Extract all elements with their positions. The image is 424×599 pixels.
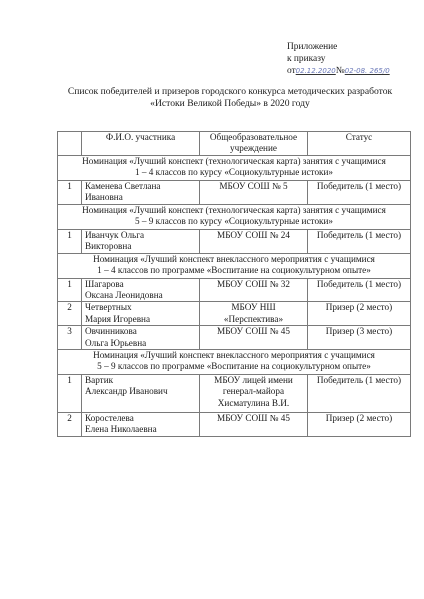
org-line: МБОУ СОШ № 32 <box>200 279 307 290</box>
org: МБОУ СОШ № 45 <box>200 413 308 437</box>
org-line: Хисматулина В.И. <box>200 398 307 409</box>
status: Призер (2 место) <box>308 302 411 326</box>
appendix-block: Приложение к приказу от02.12.2020№02-08.… <box>287 41 390 77</box>
org: МБОУ лицей именигенерал-майораХисматулин… <box>200 375 308 413</box>
nomination-row: Номинация «Лучший конспект внеклассного … <box>58 350 411 375</box>
participant-name: Иванчук ОльгаВикторовна <box>82 229 200 253</box>
nomination-line: Номинация «Лучший конспект внеклассного … <box>58 254 410 265</box>
participant-name: КоростелеваЕлена Николаевна <box>82 413 200 437</box>
row-num: 2 <box>58 302 82 326</box>
order-date-prefix: от <box>287 66 296 76</box>
title-line-2: «Истоки Великой Победы» в 2020 году <box>40 98 420 110</box>
table-row: 3 ОвчинниковаОльга Юрьевна МБОУ СОШ № 45… <box>58 326 411 350</box>
name-line: Четвертных <box>85 302 199 313</box>
winners-table: Ф.И.О. участника Общеобразовательное учр… <box>57 131 411 437</box>
participant-name: ОвчинниковаОльга Юрьевна <box>82 326 200 350</box>
status: Призер (3 место) <box>308 326 411 350</box>
nomination-line: 5 – 9 классов по курсу «Социокультурные … <box>58 216 410 227</box>
table-row: 1 ШагароваОксана Леонидовна МБОУ СОШ № 3… <box>58 278 411 302</box>
document-title: Список победителей и призеров городского… <box>40 86 420 110</box>
header-name: Ф.И.О. участника <box>82 132 200 156</box>
table-row: 1 Иванчук ОльгаВикторовна МБОУ СОШ № 24 … <box>58 229 411 253</box>
status: Призер (2 место) <box>308 413 411 437</box>
name-line: Шагарова <box>85 279 199 290</box>
nomination-title: Номинация «Лучший конспект (технологичес… <box>58 204 411 229</box>
name-line: Александр Иванович <box>85 386 199 397</box>
org-line: МБОУ НШ <box>200 302 307 313</box>
header-num <box>58 132 82 156</box>
participant-name: ВартикАлександр Иванович <box>82 375 200 413</box>
table-row: 2 ЧетвертныхМария Игоревна МБОУ НШ«Персп… <box>58 302 411 326</box>
status: Победитель (1 место) <box>308 375 411 413</box>
name-line: Оксана Леонидовна <box>85 290 199 301</box>
status: Победитель (1 место) <box>308 229 411 253</box>
order-reference: от02.12.2020№02-08. 265/0 <box>287 65 390 77</box>
org: МБОУ СОШ № 45 <box>200 326 308 350</box>
org-line: генерал-майора <box>200 386 307 397</box>
nomination-line: Номинация «Лучший конспект внеклассного … <box>58 350 410 361</box>
name-line: Иванчук Ольга <box>85 230 199 241</box>
name-line: Мария Игоревна <box>85 314 199 325</box>
row-num: 1 <box>58 181 82 205</box>
header-status: Статус <box>308 132 411 156</box>
order-date: 02.12.2020 <box>296 67 336 75</box>
table-header-row: Ф.И.О. участника Общеобразовательное учр… <box>58 132 411 156</box>
order-number-prefix: № <box>336 66 345 76</box>
participant-name: ЧетвертныхМария Игоревна <box>82 302 200 326</box>
nomination-row: Номинация «Лучший конспект внеклассного … <box>58 253 411 278</box>
participant-name: Каменева СветланаИвановна <box>82 181 200 205</box>
nomination-title: Номинация «Лучший конспект (технологичес… <box>58 156 411 181</box>
header-org: Общеобразовательное учреждение <box>200 132 308 156</box>
name-line: Каменева Светлана <box>85 181 199 192</box>
org-line: МБОУ СОШ № 5 <box>200 181 307 192</box>
name-line: Ивановна <box>85 192 199 203</box>
status: Победитель (1 место) <box>308 181 411 205</box>
org-line: МБОУ СОШ № 45 <box>200 326 307 337</box>
name-line: Вартик <box>85 375 199 386</box>
name-line: Елена Николаевна <box>85 424 199 435</box>
nomination-row: Номинация «Лучший конспект (технологичес… <box>58 156 411 181</box>
order-number: 02-08. 265/0 <box>345 67 390 75</box>
nomination-row: Номинация «Лучший конспект (технологичес… <box>58 204 411 229</box>
status: Победитель (1 место) <box>308 278 411 302</box>
nomination-line: 1 – 4 классов по программе «Воспитание н… <box>58 265 410 276</box>
org: МБОУ НШ«Перспектива» <box>200 302 308 326</box>
org-line: МБОУ лицей имени <box>200 375 307 386</box>
participant-name: ШагароваОксана Леонидовна <box>82 278 200 302</box>
order-label: к приказу <box>287 53 390 65</box>
org-line: «Перспектива» <box>200 314 307 325</box>
title-line-1: Список победителей и призеров городского… <box>40 86 420 98</box>
org-line: МБОУ СОШ № 45 <box>200 413 307 424</box>
table-row: 1 Каменева СветланаИвановна МБОУ СОШ № 5… <box>58 181 411 205</box>
nomination-line: Номинация «Лучший конспект (технологичес… <box>58 205 410 216</box>
nomination-title: Номинация «Лучший конспект внеклассного … <box>58 253 411 278</box>
table-row: 2 КоростелеваЕлена Николаевна МБОУ СОШ №… <box>58 413 411 437</box>
org: МБОУ СОШ № 24 <box>200 229 308 253</box>
nomination-line: 1 – 4 классов по курсу «Социокультурные … <box>58 167 410 178</box>
nomination-line: Номинация «Лучший конспект (технологичес… <box>58 156 410 167</box>
name-line: Викторовна <box>85 241 199 252</box>
org-line: МБОУ СОШ № 24 <box>200 230 307 241</box>
row-num: 3 <box>58 326 82 350</box>
nomination-title: Номинация «Лучший конспект внеклассного … <box>58 350 411 375</box>
name-line: Коростелева <box>85 413 199 424</box>
row-num: 2 <box>58 413 82 437</box>
org: МБОУ СОШ № 32 <box>200 278 308 302</box>
org: МБОУ СОШ № 5 <box>200 181 308 205</box>
row-num: 1 <box>58 375 82 413</box>
appendix-label: Приложение <box>287 41 390 53</box>
nomination-line: 5 – 9 классов по программе «Воспитание н… <box>58 361 410 372</box>
name-line: Ольга Юрьевна <box>85 338 199 349</box>
name-line: Овчинникова <box>85 326 199 337</box>
row-num: 1 <box>58 278 82 302</box>
row-num: 1 <box>58 229 82 253</box>
table-row: 1 ВартикАлександр Иванович МБОУ лицей им… <box>58 375 411 413</box>
